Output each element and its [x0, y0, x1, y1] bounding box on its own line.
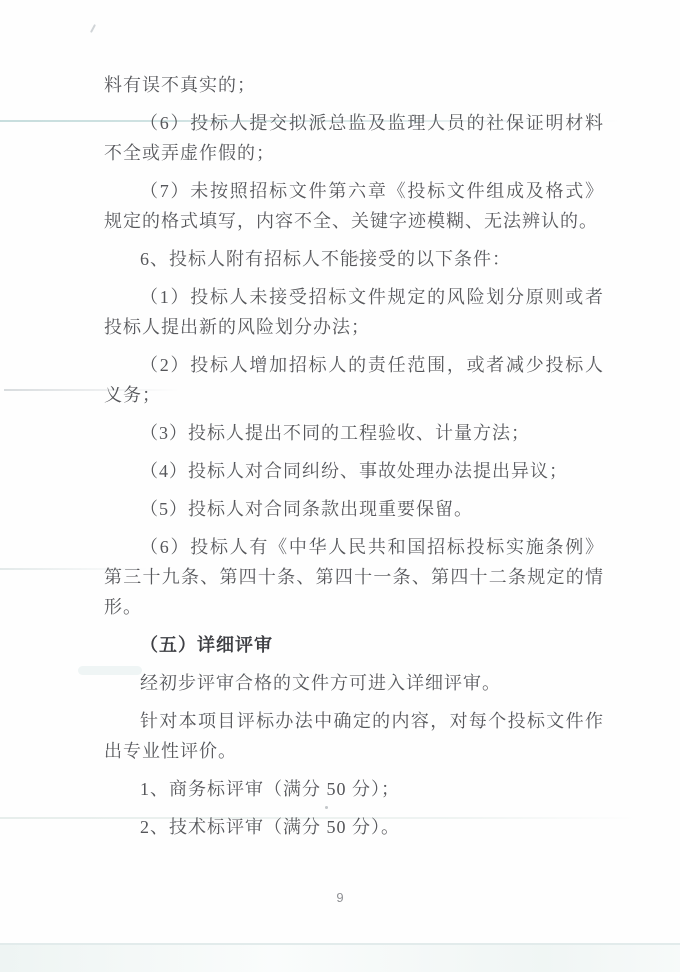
- doc-item-commercial-bid: 1、商务标评审（满分 50 分）；: [104, 774, 604, 804]
- doc-clause-6-materials: （6）投标人提交拟派总监及监理人员的社保证明材料不全或弄虚作假的；: [104, 108, 604, 168]
- page-number: 9: [0, 890, 680, 905]
- doc-paragraph-continuation: 料有误不真实的；: [104, 70, 604, 100]
- scanned-document-page: 料有误不真实的； （6）投标人提交拟派总监及监理人员的社保证明材料不全或弄虚作假…: [0, 0, 680, 972]
- doc-subclause-6-regulations: （6）投标人有《中华人民共和国招标投标实施条例》第三十九条、第四十条、第四十一条…: [104, 532, 604, 622]
- scan-artifact-line: [0, 943, 680, 945]
- doc-item-technical-bid: 2、技术标评审（满分 50 分）。: [104, 812, 604, 842]
- scan-artifact-band: [0, 945, 680, 972]
- doc-item-6-conditions: 6、投标人附有招标人不能接受的以下条件：: [104, 244, 604, 274]
- doc-subclause-2-liability: （2）投标人增加招标人的责任范围，或者减少投标人义务；: [104, 350, 604, 410]
- doc-para-professional-eval: 针对本项目评标办法中确定的内容，对每个投标文件作出专业性评价。: [104, 706, 604, 766]
- doc-section-heading-detailed-review: （五）详细评审: [104, 630, 604, 660]
- doc-subclause-3-acceptance: （3）投标人提出不同的工程验收、计量方法；: [104, 418, 604, 448]
- doc-subclause-4-disputes: （4）投标人对合同纠纷、事故处理办法提出异议；: [104, 456, 604, 486]
- scan-artifact-speck: [90, 24, 96, 33]
- doc-subclause-5-reservation: （5）投标人对合同条款出现重要保留。: [104, 494, 604, 524]
- doc-para-preliminary-pass: 经初步评审合格的文件方可进入详细评审。: [104, 668, 604, 698]
- document-text-block: 料有误不真实的； （6）投标人提交拟派总监及监理人员的社保证明材料不全或弄虚作假…: [104, 70, 604, 850]
- doc-subclause-1-risk: （1）投标人未接受招标文件规定的风险划分原则或者投标人提出新的风险划分办法；: [104, 282, 604, 342]
- doc-clause-7-format: （7）未按照招标文件第六章《投标文件组成及格式》规定的格式填写，内容不全、关键字…: [104, 176, 604, 236]
